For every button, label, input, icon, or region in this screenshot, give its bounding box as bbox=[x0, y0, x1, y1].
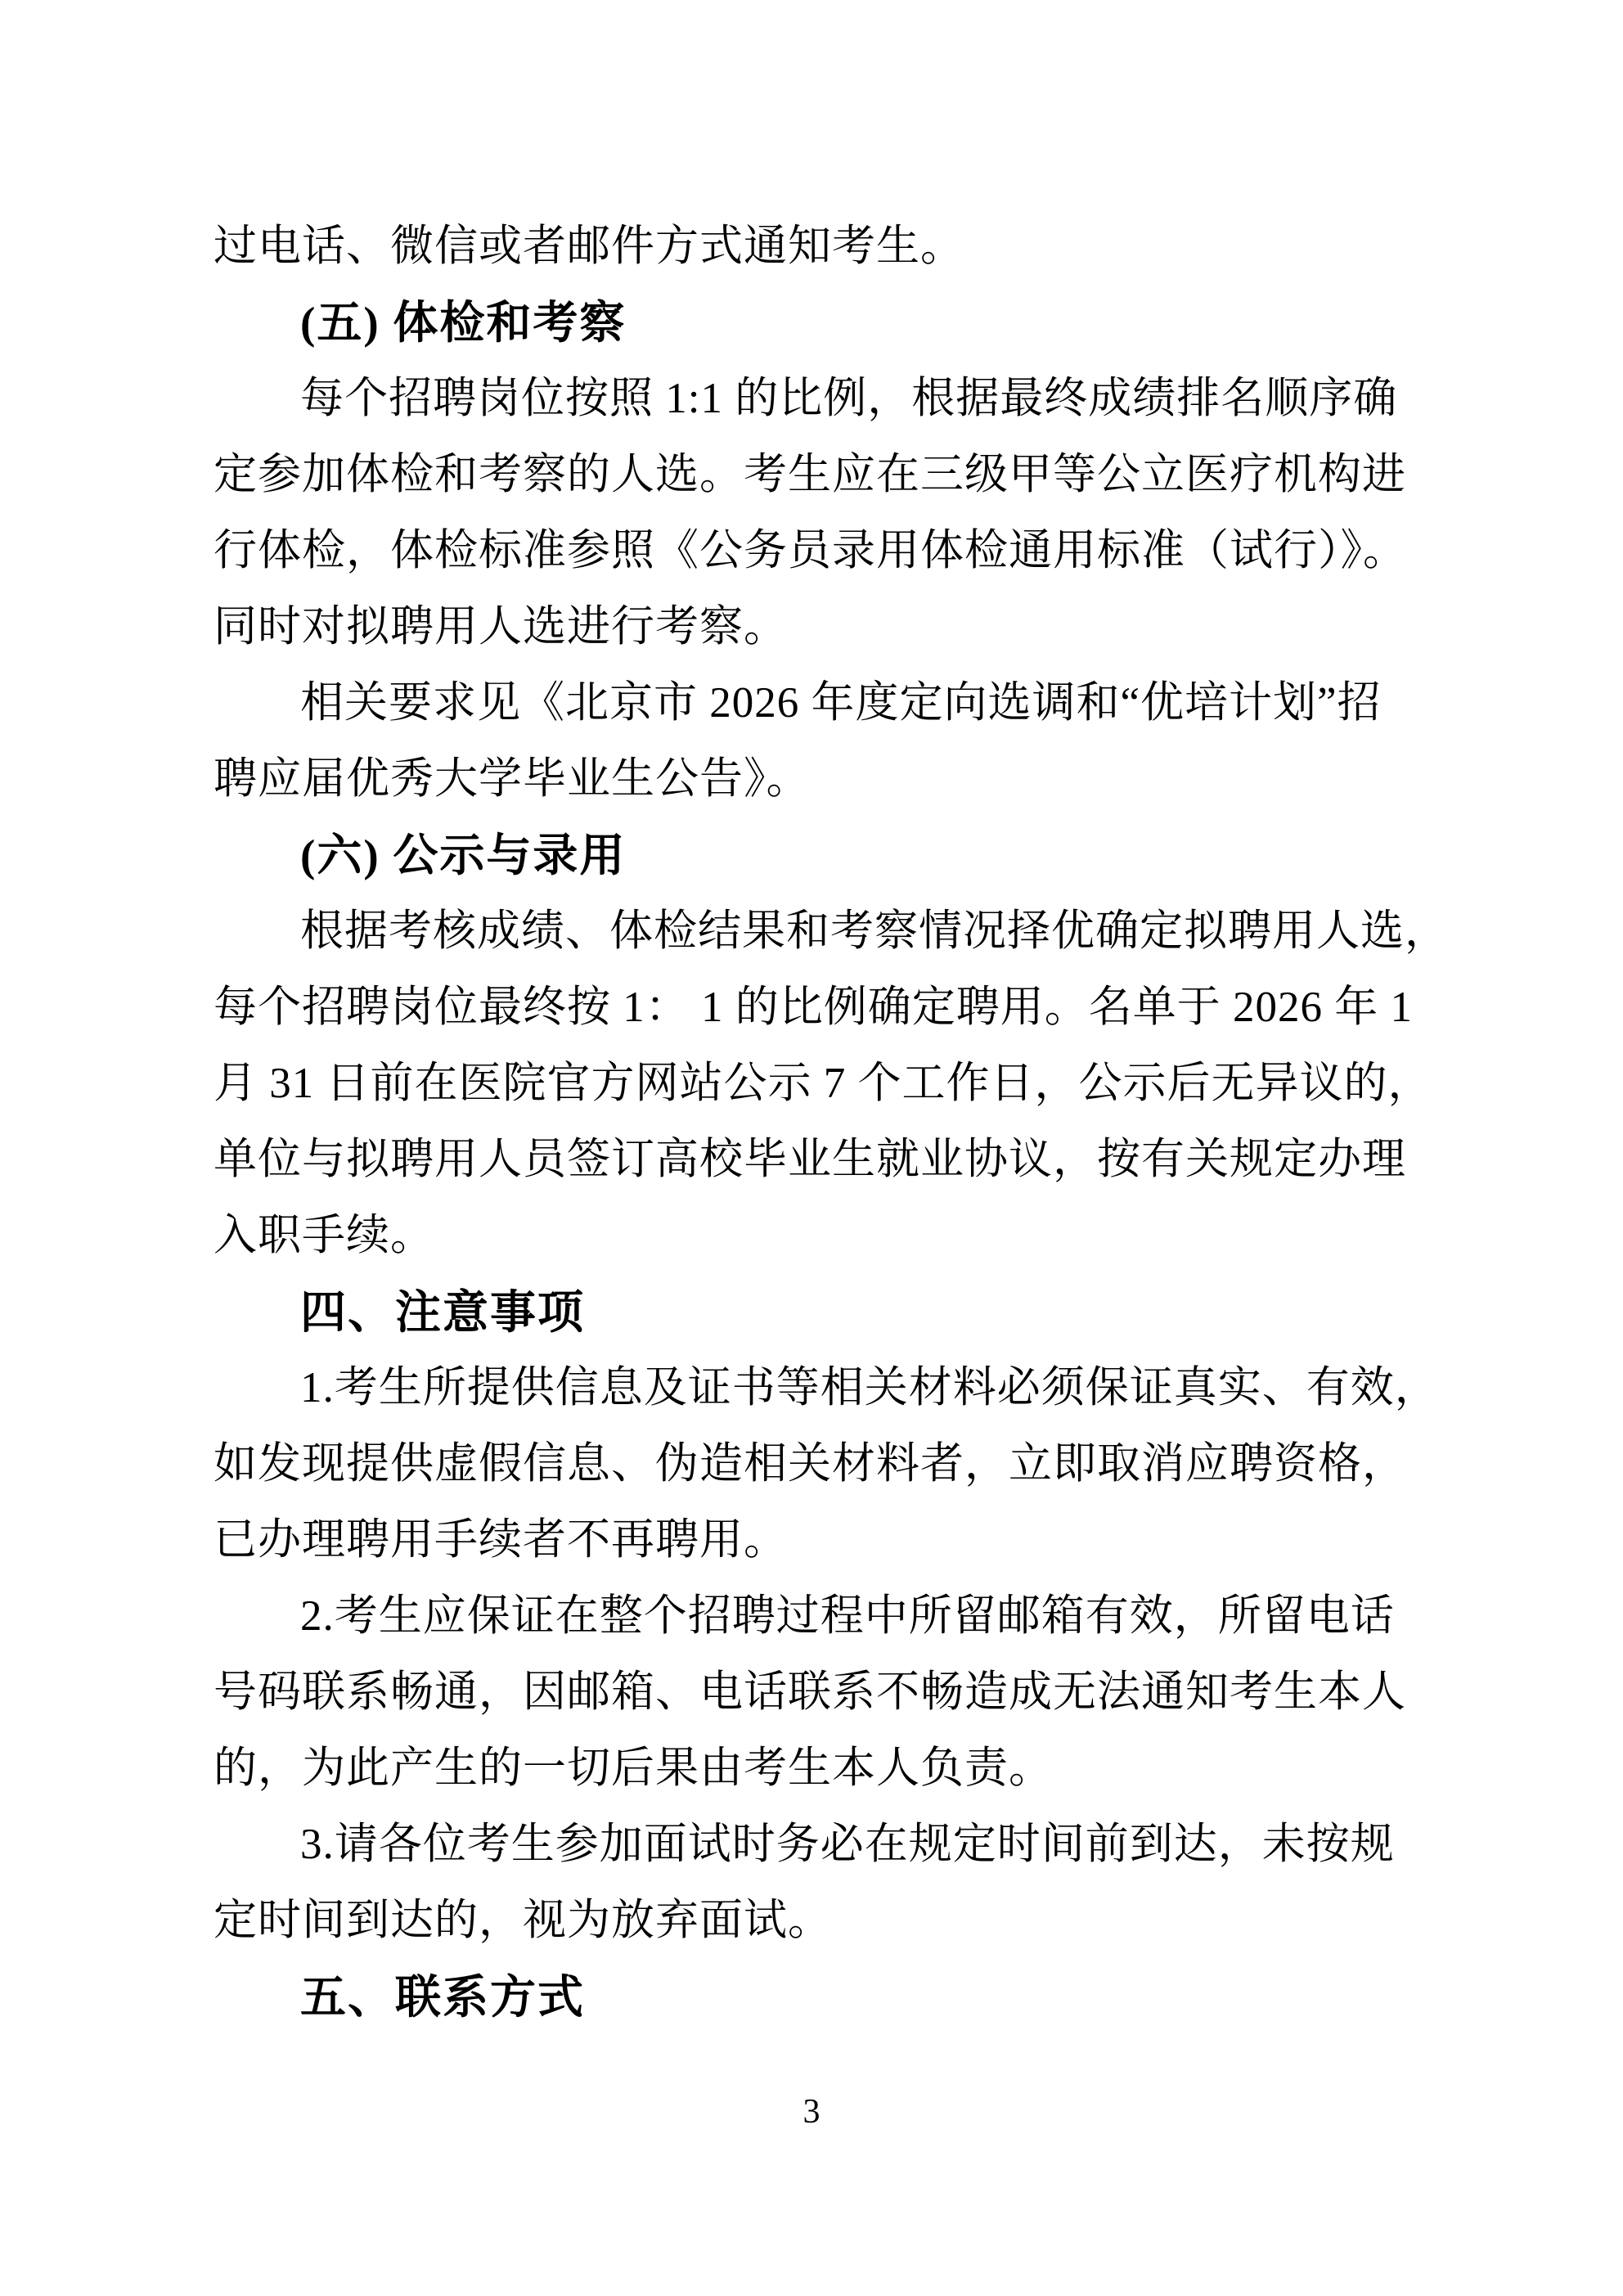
section-heading-wu: (五) 体检和考察 bbox=[214, 285, 1391, 361]
document-body: 过电话、微信或者邮件方式通知考生。 (五) 体检和考察 每个招聘岗位按照 1:1… bbox=[214, 209, 1391, 2035]
text-line: 相关要求见《北京市 2026 年度定向选调和“优培计划”招 bbox=[214, 665, 1391, 741]
text-line: 单位与拟聘用人员签订高校毕业生就业协议，按有关规定办理 bbox=[214, 1122, 1391, 1198]
text-line: 月 31 日前在医院官方网站公示 7 个工作日，公示后无异议的， bbox=[214, 1046, 1391, 1122]
chapter-heading-wu: 五、联系方式 bbox=[214, 1959, 1391, 2035]
text-line: 聘应届优秀大学毕业生公告》。 bbox=[214, 741, 1391, 817]
text-line: 行体检，体检标准参照《公务员录用体检通用标准（试行）》。 bbox=[214, 513, 1391, 589]
text-line: 1.考生所提供信息及证书等相关材料必须保证真实、有效， bbox=[214, 1350, 1391, 1426]
text-line: 定时间到达的，视为放弃面试。 bbox=[214, 1883, 1391, 1959]
text-line: 的，为此产生的一切后果由考生本人负责。 bbox=[214, 1731, 1391, 1807]
section-heading-liu: (六) 公示与录用 bbox=[214, 817, 1391, 894]
text-line: 号码联系畅通，因邮箱、电话联系不畅造成无法通知考生本人 bbox=[214, 1654, 1391, 1731]
chapter-heading-si: 四、注意事项 bbox=[214, 1274, 1391, 1350]
text-line: 每个招聘岗位最终按 1： 1 的比例确定聘用。名单于 2026 年 1 bbox=[214, 970, 1391, 1046]
text-line: 定参加体检和考察的人选。考生应在三级甲等公立医疗机构进 bbox=[214, 437, 1391, 513]
text-line: 同时对拟聘用人选进行考察。 bbox=[214, 589, 1391, 665]
text-line: 已办理聘用手续者不再聘用。 bbox=[214, 1502, 1391, 1578]
text-line: 如发现提供虚假信息、伪造相关材料者，立即取消应聘资格， bbox=[214, 1426, 1391, 1502]
text-line: 2.考生应保证在整个招聘过程中所留邮箱有效，所留电话 bbox=[214, 1578, 1391, 1654]
text-line: 根据考核成绩、体检结果和考察情况择优确定拟聘用人选， bbox=[214, 894, 1391, 970]
text-line: 过电话、微信或者邮件方式通知考生。 bbox=[214, 209, 1391, 285]
page-number: 3 bbox=[0, 2091, 1623, 2132]
text-line: 入职手续。 bbox=[214, 1198, 1391, 1274]
text-line: 3.请各位考生参加面试时务必在规定时间前到达，未按规 bbox=[214, 1807, 1391, 1883]
text-line: 每个招聘岗位按照 1:1 的比例，根据最终成绩排名顺序确 bbox=[214, 361, 1391, 437]
document-page: 过电话、微信或者邮件方式通知考生。 (五) 体检和考察 每个招聘岗位按照 1:1… bbox=[0, 0, 1623, 2296]
